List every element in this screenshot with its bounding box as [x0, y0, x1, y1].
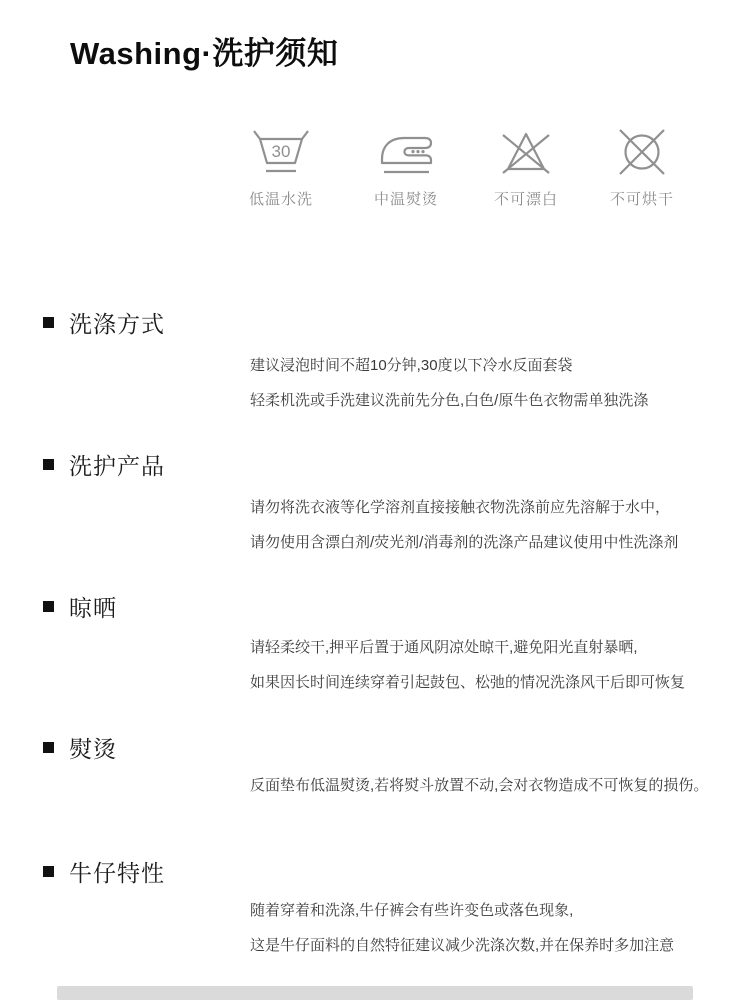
section-header-drying: 晾晒: [43, 590, 117, 623]
bullet-square-icon: [43, 866, 54, 877]
bullet-square-icon: [43, 459, 54, 470]
body-line: 请轻柔绞干,押平后置于通风阴凉处晾干,避免阳光直射暴晒,: [250, 630, 730, 665]
bullet-square-icon: [43, 601, 54, 612]
section-body-care-products: 请勿将洗衣液等化学溶剂直接接触衣物洗涤前应先溶解于水中， 请勿使用含漂白剂/荧光…: [250, 490, 730, 560]
care-item-wash: 30 低温水洗: [229, 126, 333, 209]
care-icon-label: 低温水洗: [229, 188, 333, 209]
care-item-tumble-dry: 不可烘干: [590, 126, 694, 209]
body-line: 请勿将洗衣液等化学溶剂直接接触衣物洗涤前应先溶解于水中，: [250, 490, 730, 525]
section-title: 洗护产品: [69, 448, 165, 481]
body-line: 请勿使用含漂白剂/荧光剂/消毒剂的洗涤产品建议使用中性洗涤剂: [250, 525, 730, 560]
section-body-drying: 请轻柔绞干,押平后置于通风阴凉处晾干,避免阳光直射暴晒, 如果因长时间连续穿着引…: [250, 630, 730, 700]
body-line: 随着穿着和洗涤,牛仔裤会有些许变色或落色现象,: [250, 893, 730, 928]
iron-medium-icon: [375, 126, 437, 180]
bottom-divider-bar: [57, 986, 693, 1000]
section-title: 洗涤方式: [69, 306, 165, 339]
bullet-square-icon: [43, 317, 54, 328]
section-body-washing-method: 建议浸泡时间不超10分钟,30度以下冷水反面套袋 轻柔机洗或手洗建议洗前先分色,…: [250, 348, 730, 418]
section-title: 牛仔特性: [69, 855, 165, 888]
body-line: 这是牛仔面料的自然特征建议减少洗涤次数,并在保养时多加注意: [250, 928, 730, 963]
section-header-washing-method: 洗涤方式: [43, 306, 165, 339]
care-icon-label: 不可烘干: [590, 188, 694, 209]
body-line: 轻柔机洗或手洗建议洗前先分色,白色/原牛色衣物需单独洗涤: [250, 383, 730, 418]
body-line: 建议浸泡时间不超10分钟,30度以下冷水反面套袋: [250, 348, 730, 383]
body-line: 反面垫布低温熨烫,若将熨斗放置不动,会对衣物造成不可恢复的损伤。: [250, 768, 730, 803]
care-item-bleach: 不可漂白: [474, 126, 578, 209]
section-header-ironing: 熨烫: [43, 731, 117, 764]
body-line: 如果因长时间连续穿着引起鼓包、松弛的情况洗涤风干后即可恢复: [250, 665, 730, 700]
section-title: 晾晒: [69, 590, 117, 623]
section-title: 熨烫: [69, 731, 117, 764]
wash-30-icon: 30: [251, 126, 311, 180]
section-header-denim-traits: 牛仔特性: [43, 855, 165, 888]
bullet-square-icon: [43, 742, 54, 753]
care-icon-label: 不可漂白: [474, 188, 578, 209]
no-bleach-icon: [496, 126, 556, 180]
wash-temp-value: 30: [272, 142, 291, 161]
page-title: Washing·洗护须知: [70, 28, 338, 73]
section-body-denim-traits: 随着穿着和洗涤,牛仔裤会有些许变色或落色现象, 这是牛仔面料的自然特征建议减少洗…: [250, 893, 730, 963]
care-icon-label: 中温熨烫: [354, 188, 458, 209]
section-body-ironing: 反面垫布低温熨烫,若将熨斗放置不动,会对衣物造成不可恢复的损伤。: [250, 768, 730, 803]
care-item-iron: 中温熨烫: [354, 126, 458, 209]
care-instructions-page: Washing·洗护须知 30 低温水洗 中温熨烫: [0, 0, 750, 1000]
section-header-care-products: 洗护产品: [43, 448, 165, 481]
no-tumble-dry-icon: [612, 126, 672, 180]
